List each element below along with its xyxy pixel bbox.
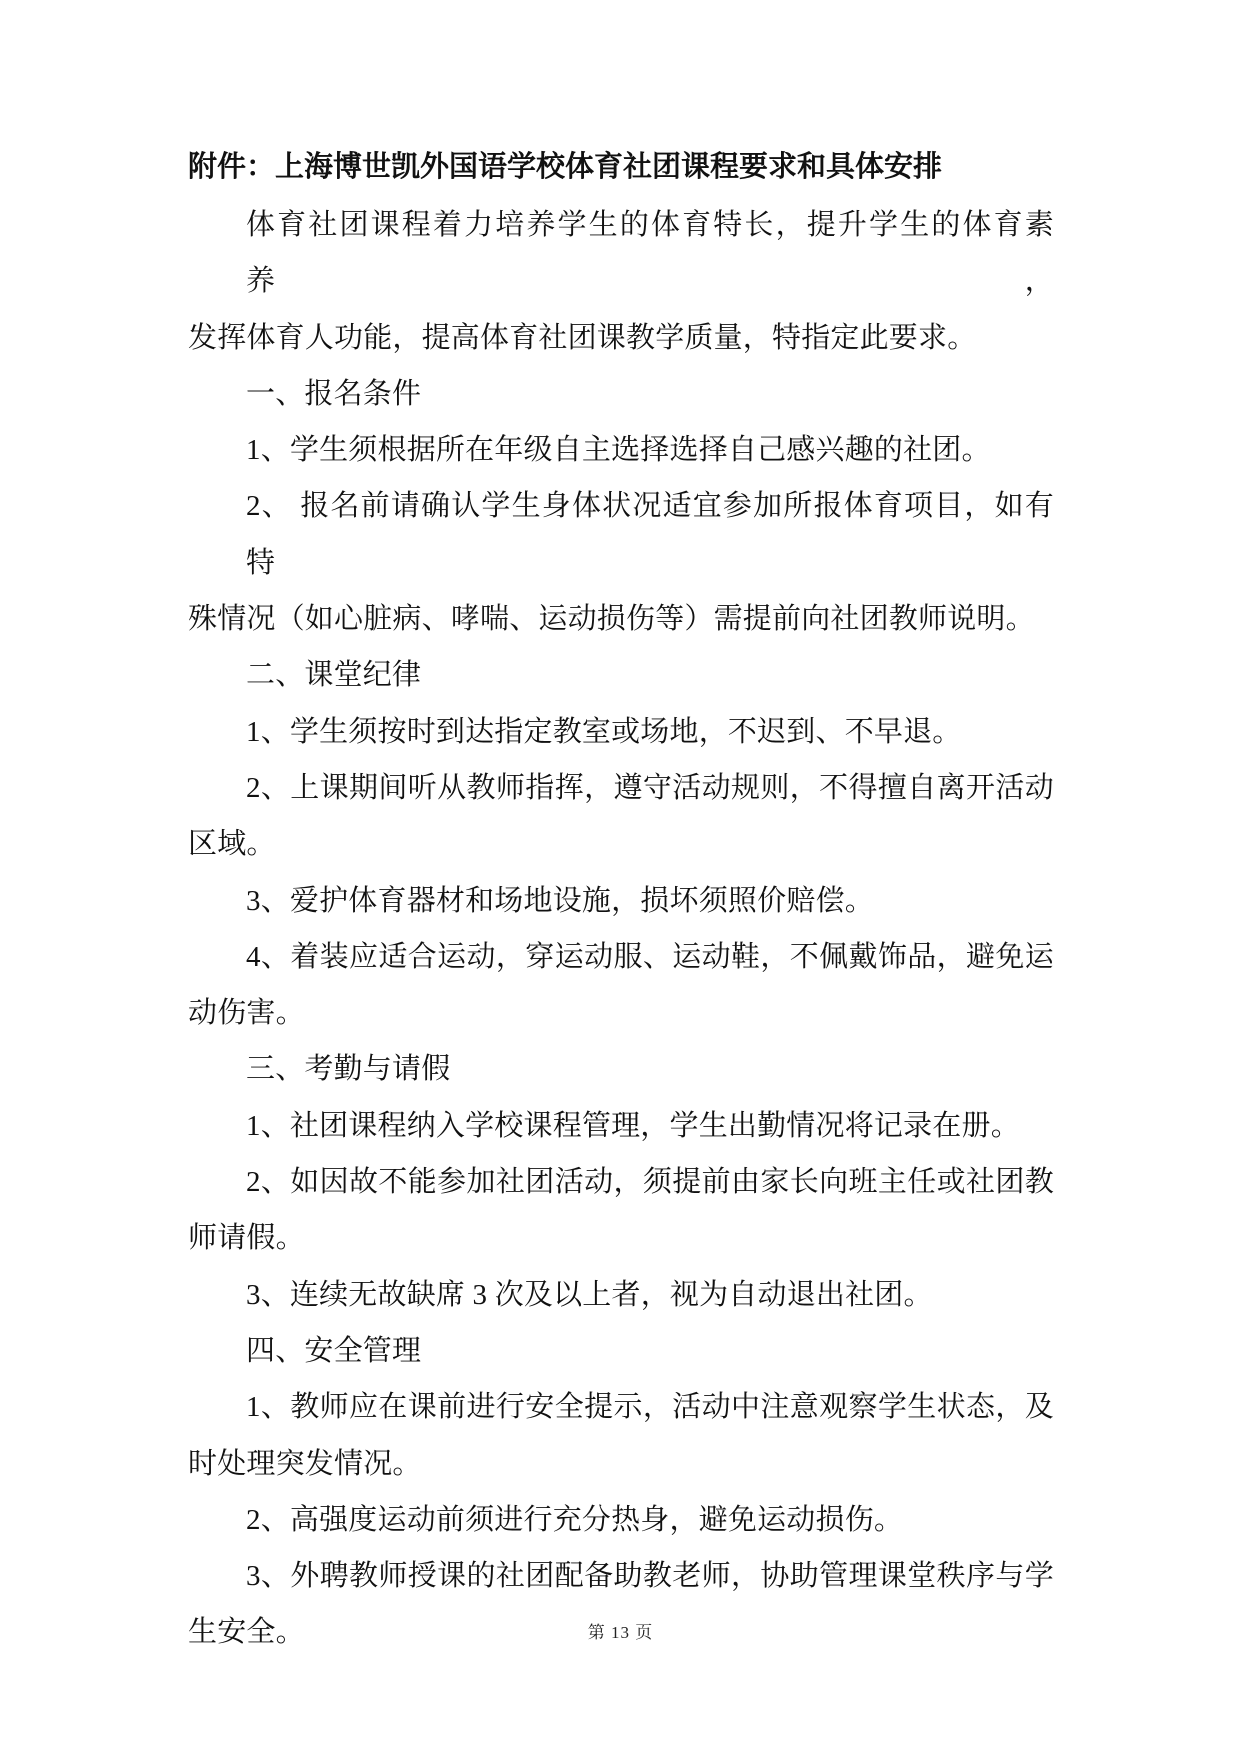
text-line: 一、报名条件 [188,366,1054,422]
document-page: 附件：上海博世凯外国语学校体育社团课程要求和具体安排 体育社团课程着力培养学生的… [0,0,1241,1754]
text-line: 2、 报名前请确认学生身体状况适宜参加所报体育项目，如有特 [188,478,1054,591]
document-title: 附件：上海博世凯外国语学校体育社团课程要求和具体安排 [188,137,1054,197]
text-line: 动伤害。 [188,985,1054,1041]
text-line: 体育社团课程着力培养学生的体育特长，提升学生的体育素养， [188,197,1054,310]
text-line: 1、社团课程纳入学校课程管理，学生出勤情况将记录在册。 [188,1098,1054,1154]
text-line: 1、学生须按时到达指定教室或场地，不迟到、不早退。 [188,704,1054,760]
text-line: 3、外聘教师授课的社团配备助教老师，协助管理课堂秩序与学 [188,1548,1054,1604]
text-line: 1、学生须根据所在年级自主选择选择自己感兴趣的社团。 [188,422,1054,478]
text-line: 3、爱护体育器材和场地设施，损坏须照价赔偿。 [188,873,1054,929]
text-line: 4、着装应适合运动，穿运动服、运动鞋，不佩戴饰品，避免运 [188,929,1054,985]
text-line: 二、课堂纪律 [188,647,1054,703]
text-line: 区域。 [188,816,1054,872]
text-line: 殊情况（如心脏病、哮喘、运动损伤等）需提前向社团教师说明。 [188,591,1054,647]
text-line: 三、考勤与请假 [188,1041,1054,1097]
text-line: 2、高强度运动前须进行充分热身，避免运动损伤。 [188,1492,1054,1548]
text-line: 2、如因故不能参加社团活动，须提前由家长向班主任或社团教 [188,1154,1054,1210]
document-content: 附件：上海博世凯外国语学校体育社团课程要求和具体安排 体育社团课程着力培养学生的… [188,137,1054,1661]
text-line: 2、上课期间听从教师指挥，遵守活动规则，不得擅自离开活动 [188,760,1054,816]
text-line: 时处理突发情况。 [188,1436,1054,1492]
text-line: 四、安全管理 [188,1323,1054,1379]
text-line: 发挥体育人功能，提高体育社团课教学质量，特指定此要求。 [188,310,1054,366]
text-line: 1、教师应在课前进行安全提示，活动中注意观察学生状态，及 [188,1379,1054,1435]
page-number: 第 13 页 [588,1623,654,1642]
text-line: 师请假。 [188,1210,1054,1266]
page-footer: 第 13 页 [0,1618,1241,1643]
text-line: 3、连续无故缺席 3 次及以上者，视为自动退出社团。 [188,1267,1054,1323]
document-body: 体育社团课程着力培养学生的体育特长，提升学生的体育素养，发挥体育人功能，提高体育… [188,197,1054,1661]
